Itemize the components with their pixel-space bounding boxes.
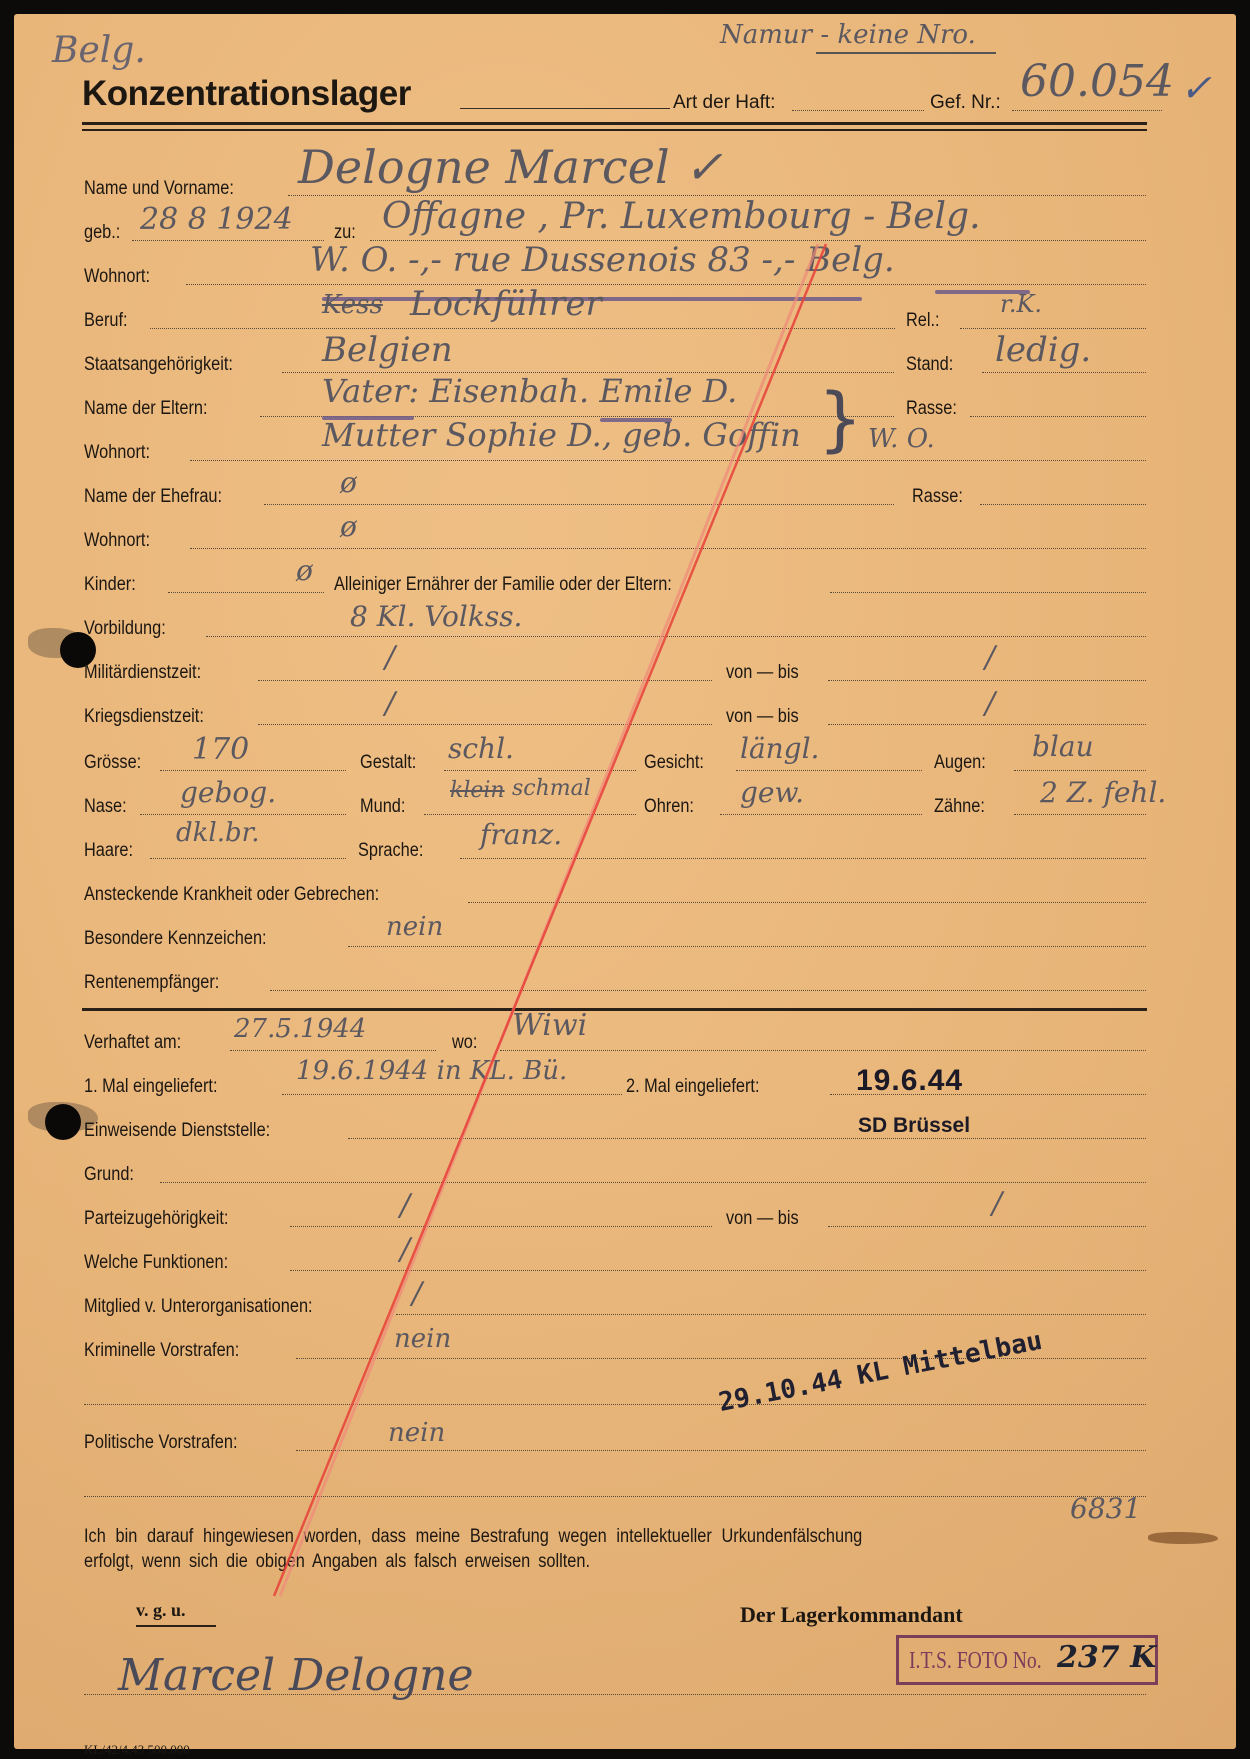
- red-strike-line: [0, 0, 1250, 1759]
